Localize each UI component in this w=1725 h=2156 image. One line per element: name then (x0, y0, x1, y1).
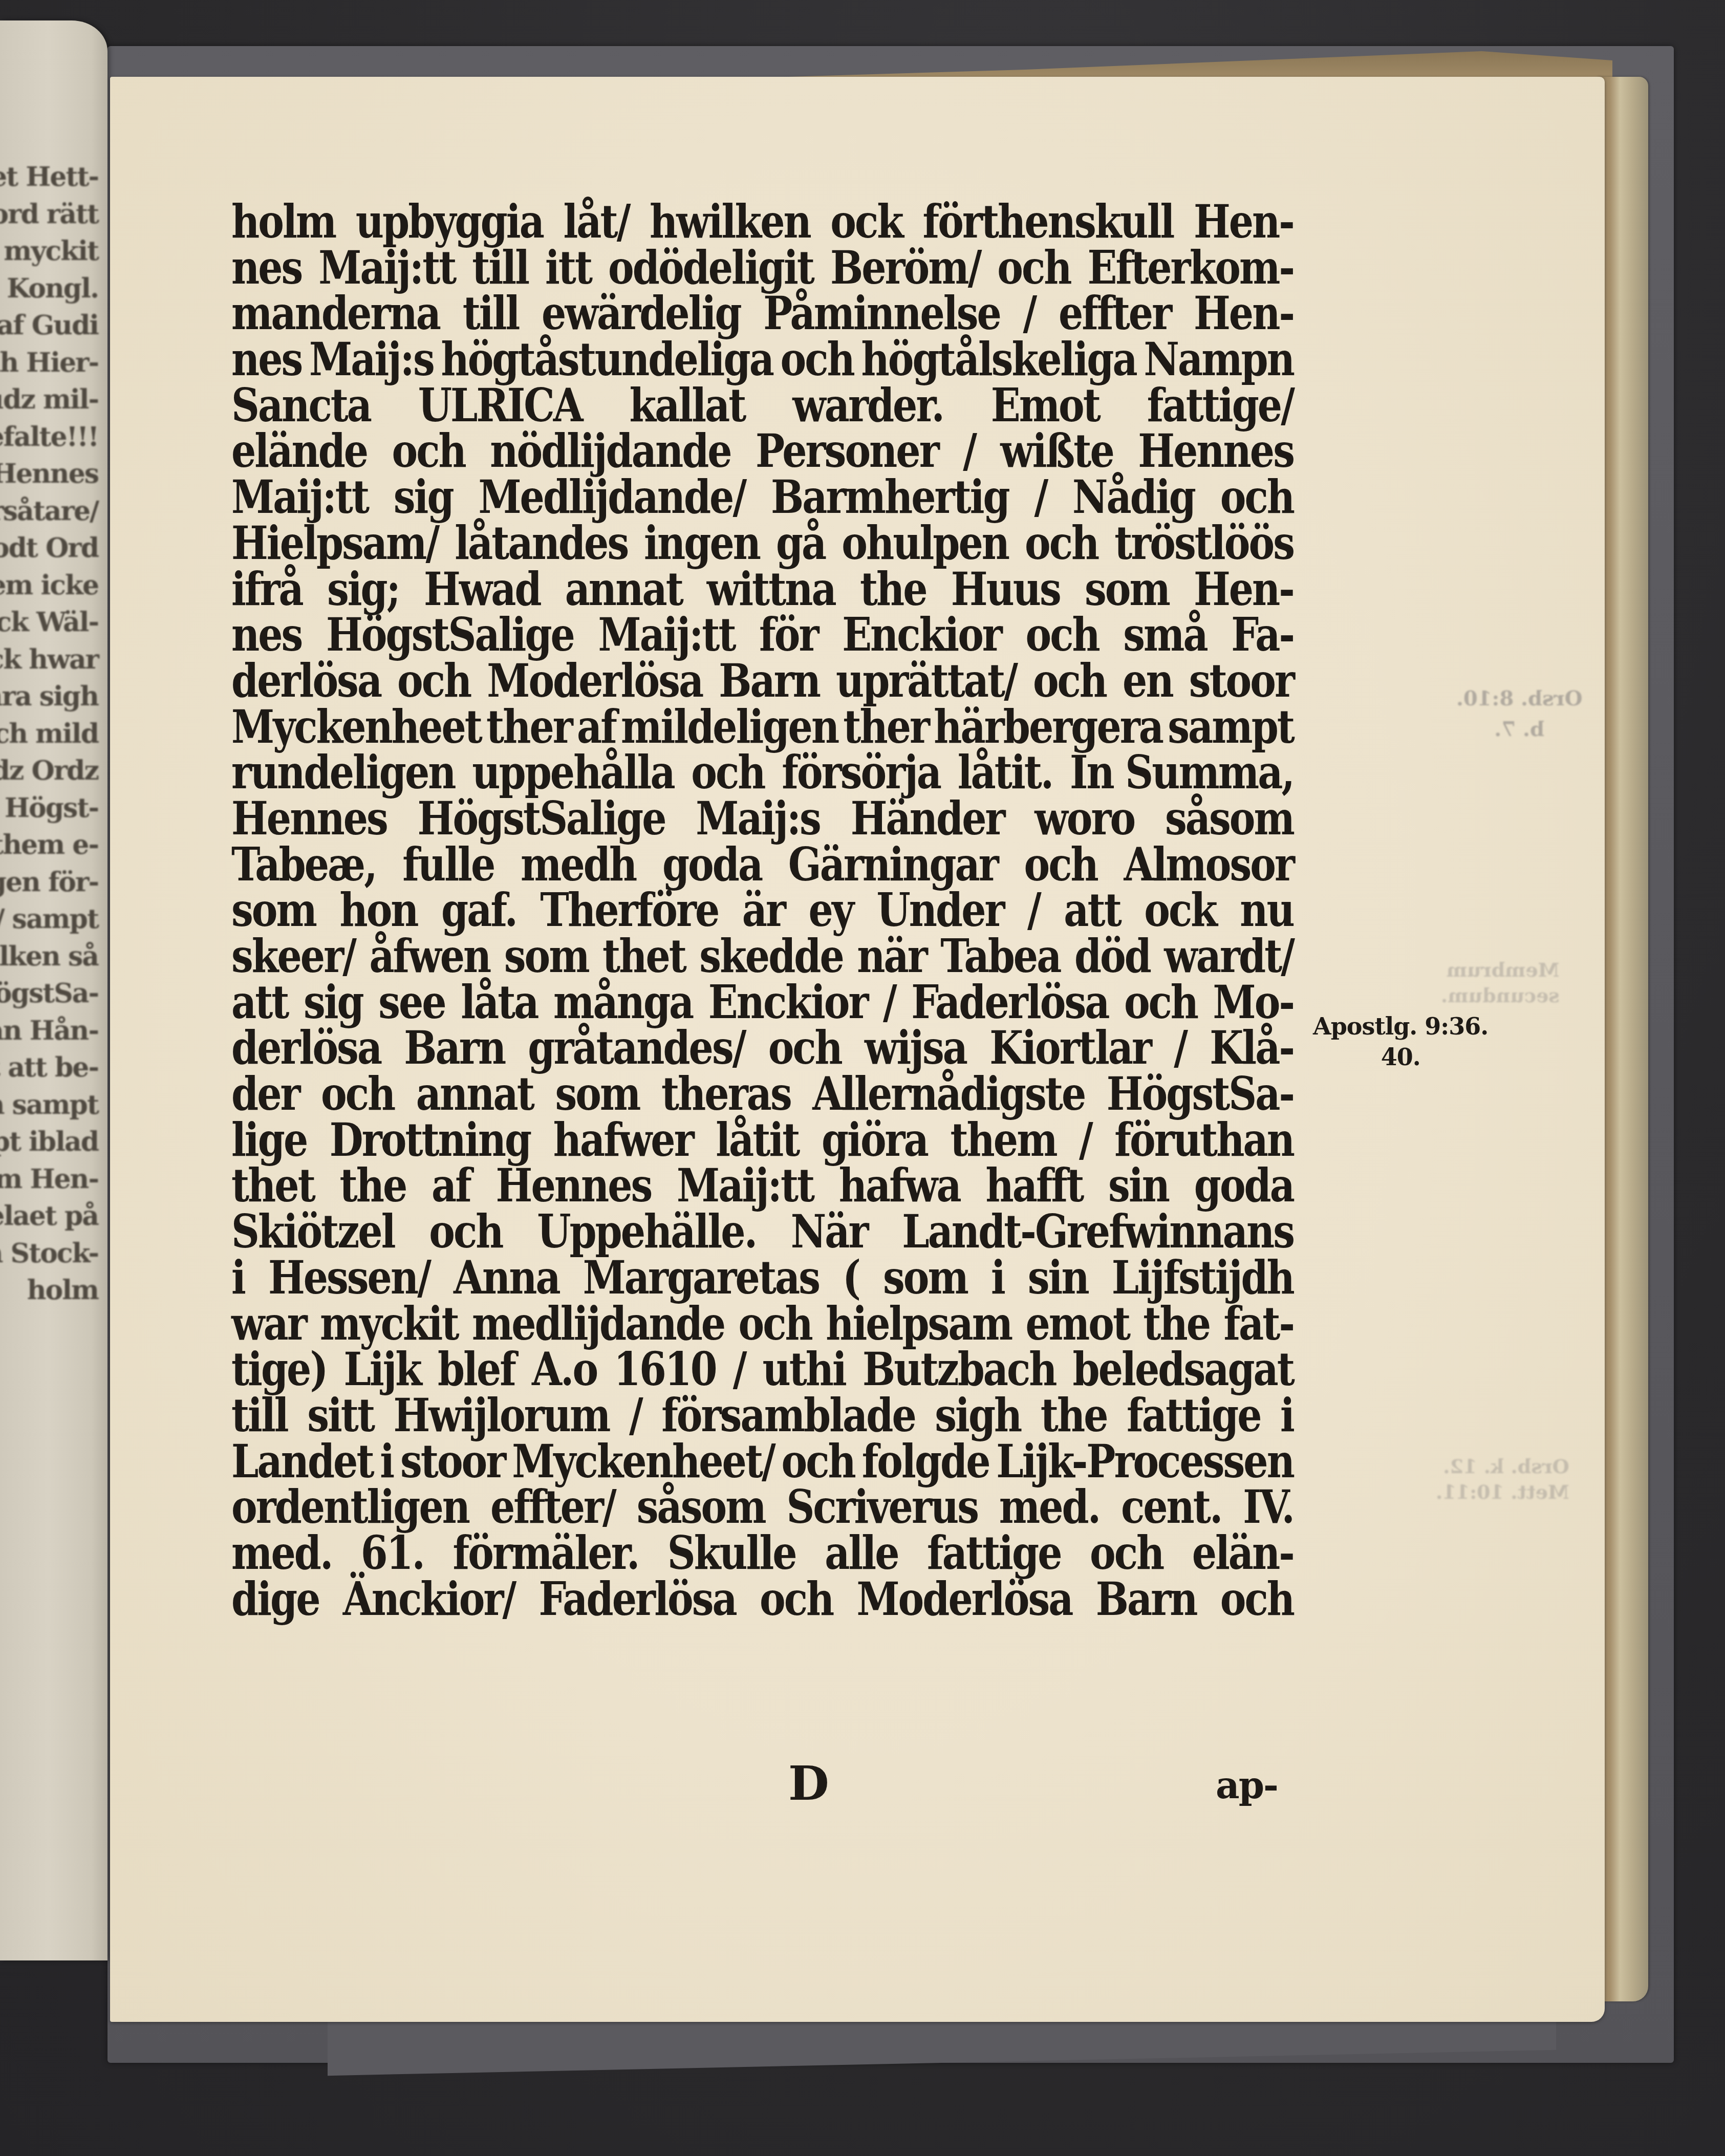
showthrough-block-3: Orsb. k. 12. Mett. 10:11. (1436, 1454, 1569, 1505)
facing-page-line: han som Hen- (0, 1161, 98, 1198)
facing-page-line: / och them e- (0, 827, 98, 864)
facing-page-line: Staden Stock- (0, 1235, 98, 1273)
facing-page-left: l/ hwilket Hett-en giord rättmånge mycki… (0, 20, 107, 1960)
facing-page-line: / from och mild (0, 716, 98, 753)
facing-page-line: stall / sampt (0, 901, 98, 938)
body-text: holmupbyggialåt/hwilkenockförthenskullHe… (231, 202, 1293, 1625)
word: och (760, 1571, 833, 1625)
showthrough-line: Orsb. 8:10. (1456, 683, 1582, 714)
showthrough-line: b. 7. (1456, 714, 1582, 745)
facing-page-line: före ock hwar (0, 641, 98, 679)
facing-page-text: l/ hwilket Hett-en giord rättmånge mycki… (0, 159, 98, 1309)
word: Moderlösa (856, 1571, 1072, 1625)
word: Faderlösa (539, 1571, 736, 1625)
text-line: digeÄnckior/FaderlösaochModerlösaBarnoch (231, 1571, 1293, 1625)
showthrough-block-2: Membrum secundum. (1441, 957, 1560, 1008)
margin-note-verse: 40. (1313, 1042, 1488, 1072)
page-stack-right (1597, 77, 1648, 2001)
facing-page-line: månge myckit (0, 233, 98, 270)
showthrough-line: Membrum (1441, 957, 1560, 983)
facing-page-line: Ord/ hwilken så (0, 938, 98, 976)
facing-page-line: ne Undersåtare/ (0, 493, 98, 530)
facing-page-line: ändan Hån- (0, 1012, 98, 1050)
facing-page-line: wådig Hennes (0, 456, 98, 493)
facing-page-line: Hennes Högst- (0, 790, 98, 827)
word: och (1220, 1571, 1293, 1625)
margin-note-reference: Apostlg. 9:36. (1313, 1011, 1488, 1042)
facing-page-line: than ock Wäl- (0, 604, 98, 641)
facing-page-line: er allt att be- (0, 1049, 98, 1087)
showthrough-line: Orsb. k. 12. (1436, 1454, 1569, 1479)
catchword: ap- (1216, 1763, 1278, 1807)
facing-page-line: welse af Gudi (0, 307, 98, 344)
facing-page-line: ällen them icke (0, 567, 98, 605)
facing-page-line: nnes HögstSa- (0, 975, 98, 1012)
showthrough-line: secundum. (1441, 983, 1560, 1008)
signature-mark: D (788, 1756, 829, 1811)
facing-page-line: t en godt Ord (0, 530, 98, 567)
facing-page-line: sampt iblad (0, 1124, 98, 1161)
facing-page-line: Theras Kongl. (0, 270, 98, 308)
facing-page-line: holm (0, 1272, 98, 1309)
facing-page-line: en giord rätt (0, 196, 98, 233)
facing-page-line: är jämra sigh (0, 678, 98, 716)
word: Barn (1096, 1571, 1197, 1625)
word: Änckior/ (343, 1571, 515, 1625)
showthrough-line: Mett. 10:11. (1436, 1479, 1569, 1505)
facing-page-line: de medh Hier- (0, 344, 98, 382)
facing-page-line: ani Gudz mil- (0, 381, 98, 419)
facing-page-line: ensten sampt (0, 1087, 98, 1124)
facing-page-line: e Gudz Ordz (0, 752, 98, 790)
showthrough-margin-note: Orsb. 8:10. b. 7. (1456, 683, 1582, 745)
facing-page-line: eligen befalte!!! (0, 419, 98, 456)
word: dige (231, 1571, 319, 1625)
margin-note: Apostlg. 9:36. 40. (1313, 1011, 1488, 1072)
facing-page-line: prijsligen för- (0, 864, 98, 901)
facing-page-line: l/ hwilket Hett- (0, 159, 98, 196)
facing-page-line: Schelaet på (0, 1198, 98, 1235)
